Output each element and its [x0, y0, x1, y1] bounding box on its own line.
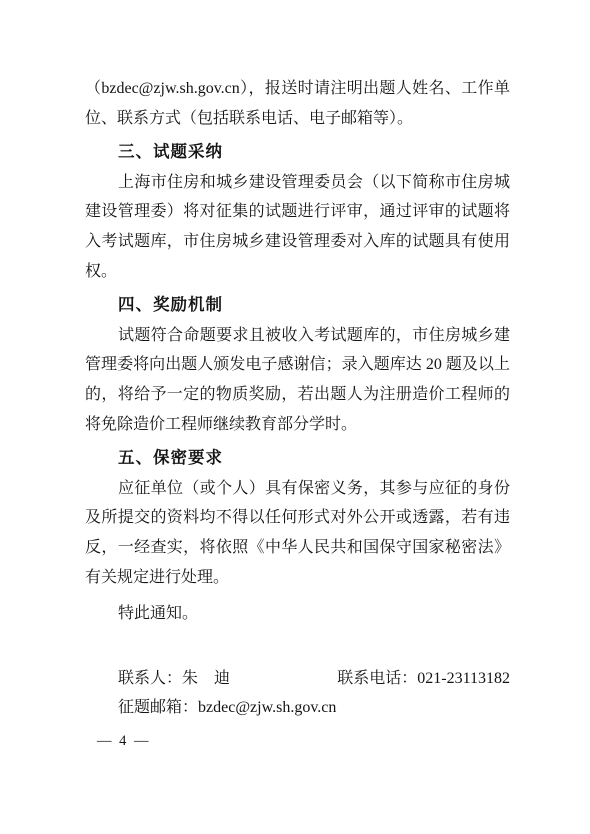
section-2-line: 管理委将向出题人颁发电子感谢信；录入题库达 20 题及以上 [85, 350, 510, 380]
contact-email-address: bzdec@zjw.sh.gov.cn [198, 699, 336, 716]
contact-phone: 联系电话：021-23113182 [337, 664, 510, 694]
section-2-line: 将免除造价工程师继续教育部分学时。 [85, 410, 510, 440]
section-3-line: 及所提交的资料均不得以任何形式对外公开或透露，若有违 [85, 503, 510, 533]
contact-phone-label: 联系电话： [337, 670, 417, 687]
closing-notice: 特此通知。 [85, 599, 510, 629]
section-3-line: 反，一经查实，将依照《中华人民共和国保守国家秘密法》的 [85, 533, 510, 563]
contact-person: 联系人：朱 迪 [118, 664, 230, 694]
section-3-line: 有关规定进行处理。 [85, 563, 510, 593]
section-heading-baomiyaoqiu: 五、保密要求 [85, 444, 510, 474]
contact-email: 征题邮箱：bzdec@zjw.sh.gov.cn [85, 693, 510, 723]
section-1-line: 入考试题库，市住房城乡建设管理委对入库的试题具有使用 [85, 227, 510, 257]
section-1-line: 权。 [85, 257, 510, 287]
document-page: （bzdec@zjw.sh.gov.cn），报送时请注明出题人姓名、工作单 位、… [0, 0, 590, 834]
preamble-line-1: （bzdec@zjw.sh.gov.cn），报送时请注明出题人姓名、工作单 [85, 74, 510, 104]
contact-email-label: 征题邮箱： [118, 699, 198, 716]
contact-phone-number: 021-23113182 [417, 670, 510, 687]
section-1-line: 建设管理委）将对征集的试题进行评审，通过评审的试题将录 [85, 197, 510, 227]
preamble-line-2: 位、联系方式（包括联系电话、电子邮箱等）。 [85, 104, 510, 134]
document-body: （bzdec@zjw.sh.gov.cn），报送时请注明出题人姓名、工作单 位、… [85, 74, 510, 723]
section-2-line: 试题符合命题要求且被收入考试题库的，市住房城乡建设 [85, 321, 510, 351]
contact-person-label: 联系人： [118, 670, 182, 687]
contact-row: 联系人：朱 迪 联系电话：021-23113182 [85, 664, 510, 694]
section-2-line: 的，将给予一定的物质奖励，若出题人为注册造价工程师的还 [85, 380, 510, 410]
page-number: — 4 — [97, 733, 151, 750]
contact-person-name: 朱 迪 [182, 670, 230, 687]
section-heading-shiticaina: 三、试题采纳 [85, 138, 510, 168]
section-3-line: 应征单位（或个人）具有保密义务，其参与应征的身份以 [85, 474, 510, 504]
section-heading-jianglijizhi: 四、奖励机制 [85, 291, 510, 321]
section-1-line: 上海市住房和城乡建设管理委员会（以下简称市住房城乡 [85, 168, 510, 198]
